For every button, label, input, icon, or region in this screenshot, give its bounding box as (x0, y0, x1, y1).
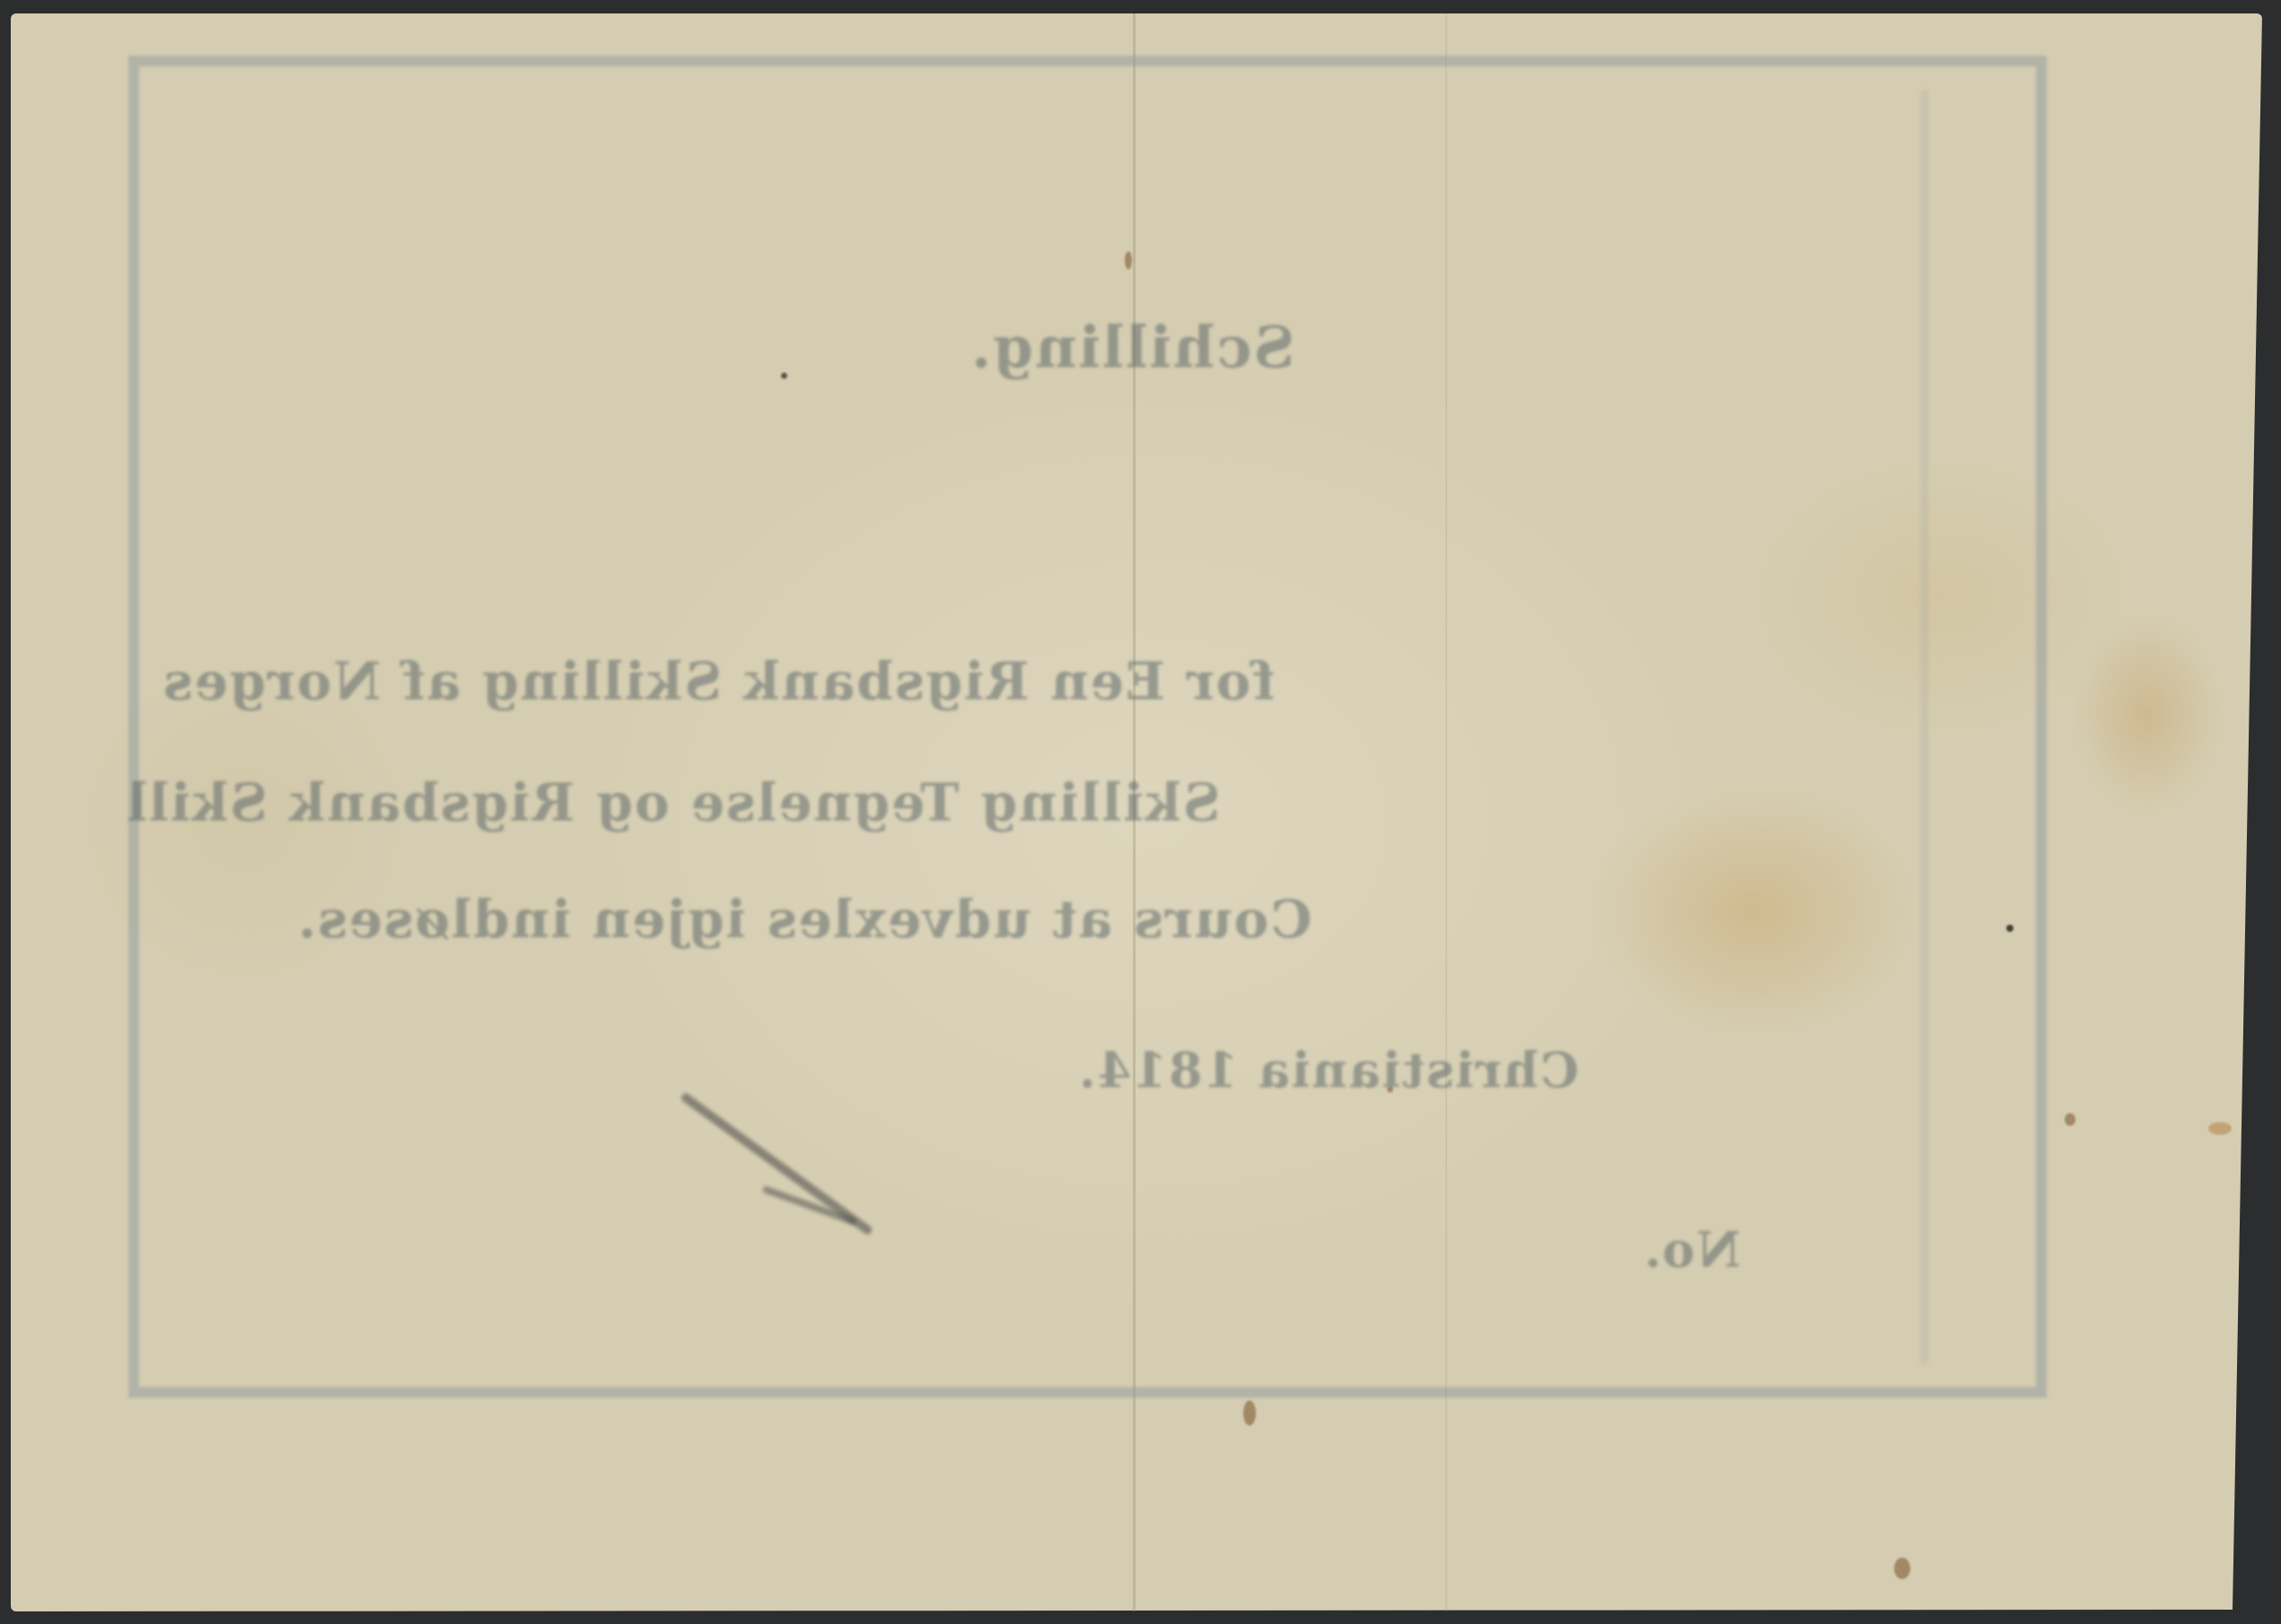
printed-border-frame (128, 56, 2047, 1398)
stain-spot (1243, 1400, 1256, 1426)
ink-dot (2006, 925, 2013, 932)
stain-spot (1894, 1558, 1910, 1579)
body-line-2: Skilling Tegnelse og Rigsbank Skill (126, 772, 1221, 833)
header-text: Schilling. (969, 314, 1295, 382)
stain-spot (1387, 1086, 1393, 1093)
stain-spot (1125, 251, 1132, 269)
place-date: Christiania 1814. (1077, 1041, 1579, 1099)
stain-spot (2208, 1122, 2232, 1135)
body-line-3: Cours at udvexles igjen indløses. (296, 889, 1312, 950)
number-label: No. (1643, 1221, 1741, 1278)
body-line-1: for Een Rigsbank Skilling af Norges (162, 651, 1275, 712)
stain-spot (2065, 1113, 2075, 1126)
ink-dot (781, 373, 787, 379)
inner-border-shadow (1921, 90, 1928, 1365)
